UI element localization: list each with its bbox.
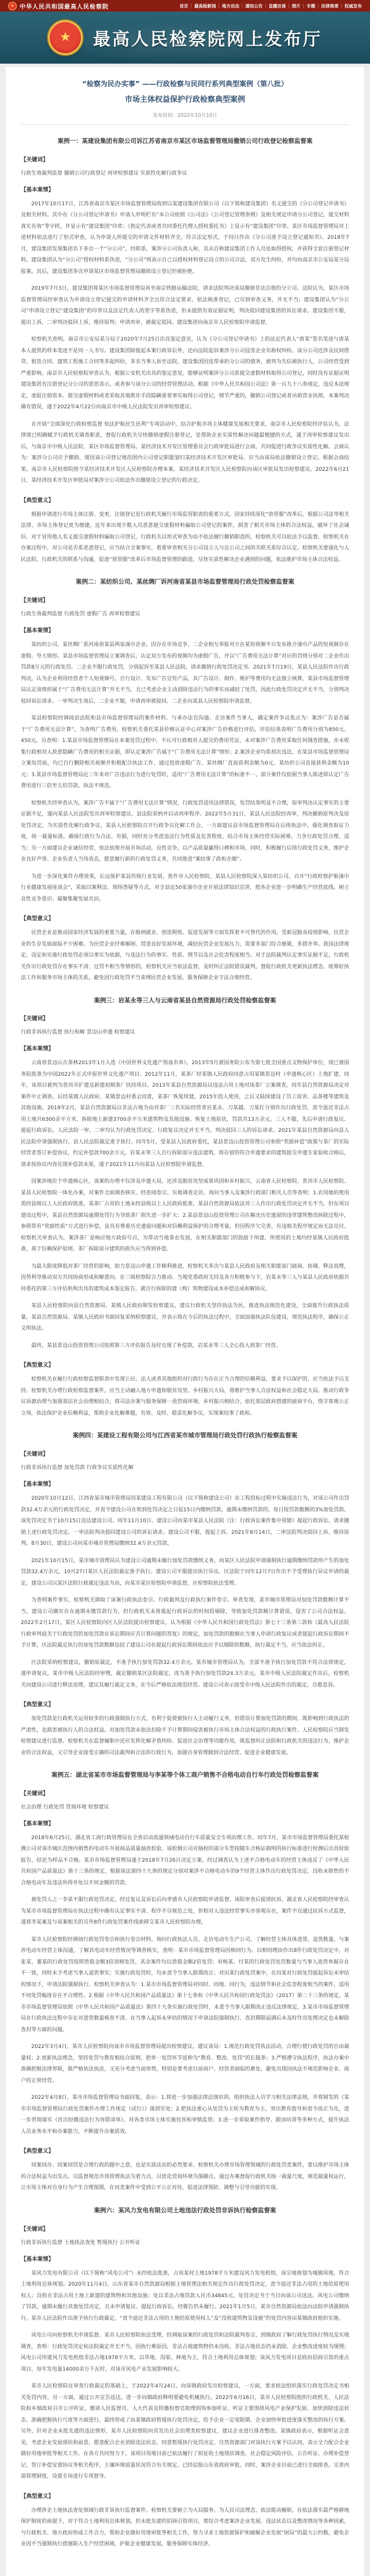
significance-body: 办理涉企土地执法查处领域行政非诉执行监督案件，检察机关要树立为大局服务、为人民司… bbox=[21, 2505, 349, 2551]
significance-body: 检察机关在履行行政检察监督职责中发现公民、法人或者其他组织对行政行为存在正当合理… bbox=[21, 1374, 349, 1419]
case-paragraph: 2018年6月25日，湖北省工商行政管理局在全省启动流通领域电动自行车质量安全专… bbox=[21, 1833, 349, 1889]
significance-header: 【典型意义】 bbox=[21, 914, 349, 922]
facts-body: 2017年10月17日，江苏省南京市某区市场监督管理局收到以某建设集团有限公司（… bbox=[21, 199, 349, 487]
facts-header: 【基本案情】 bbox=[21, 185, 349, 193]
significance-header: 【典型意义】 bbox=[21, 496, 349, 504]
nav-separator: | bbox=[288, 3, 290, 8]
keywords-line: 行政非诉执行监督 执行和解 景迈山申遗 检察建议 bbox=[21, 1028, 349, 1035]
topbar-site-link[interactable]: ★ 中华人民共和国最高人民检察院 bbox=[8, 2, 109, 10]
case-paragraph: 2022年3月4日，某市人民检察院向该市市场监督管理局提出检察建议，建议该局：1… bbox=[21, 2042, 349, 2087]
case-section: 案例二：某纺织公司、某丝绸厂诉河南省某县市场监督管理局行政处罚检察监督案 【关键… bbox=[21, 577, 349, 984]
case-paragraph: 云南省景迈山古茶林2013年1月入选《中国世界文化遗产预备名单》，2013年5月… bbox=[21, 1058, 349, 1171]
case-section: 案例三：岩某永等三人与云南省某县自然资源局行政处罚检察监督案 【关键词】 行政非… bbox=[21, 996, 349, 1420]
facts-body: 2018年6月25日，湖北省工商行政管理局在全省启动流通领域电动自行车质量安全专… bbox=[21, 1833, 349, 2138]
case-paragraph: 在开展“全面深化行政检察监督 依法护航民生民利”专项活动中，结合护航市场主体健康… bbox=[21, 419, 349, 487]
case-paragraph: 某风力发电有限公司（以下简称“风电公司”）未经依法批准，占用某村土地1978平方… bbox=[21, 2268, 349, 2325]
case-paragraph: 为查明案件事实，检察机关调取了该案行政执法卷宗、行政裁判及行政执行案件卷宗。审查… bbox=[21, 1595, 349, 1652]
case-paragraph: 最终，某县景迈山投资管理公司按照第三方评估报告及时兑现了补偿款，岩某永等三人全心… bbox=[21, 1341, 349, 1352]
nav-separator: | bbox=[242, 3, 243, 8]
article: “检察为民办实事” ——行政检察与民同行系列典型案例（第八批） 市场主体权益保护… bbox=[6, 67, 364, 2576]
nav-item-1[interactable]: 首页 bbox=[180, 3, 188, 9]
publish-date: 2022年10月10日 bbox=[177, 113, 217, 119]
case-paragraph: 2017年10月17日，江苏省南京市某区市场监督管理局收到以某建设集团有限公司（… bbox=[21, 199, 349, 278]
case-paragraph: 2022年4月8日，某市市场监督管理局书面回复，表示：1.将进一步加强法律法规培… bbox=[21, 2092, 349, 2138]
case-paragraph: 检察机关经审查认为，案涉广告不属于“广告费用无法计算”情况，行政处罚适用法律错误… bbox=[21, 798, 349, 866]
case-paragraph: 同案同办、同案同罚是合理行政的题中之意，也是实质法治的必然要求。检察机关办理市场… bbox=[21, 2160, 349, 2194]
keywords-line: 社会治理 行政处罚 营商环境 检察建议 bbox=[21, 1803, 349, 1810]
significance-header: 【典型意义】 bbox=[21, 2146, 349, 2154]
nav-separator: | bbox=[191, 3, 192, 8]
case-paragraph: 检察机关查明，南京市公安局某分局于2020年7月25日出具鉴定意见，认为《分公司… bbox=[21, 334, 349, 414]
case-title: 案例一：某建设集团有限公司诉江苏省南京市某区市场监督管理局撤销公司行政登记检察监… bbox=[24, 136, 346, 146]
divider bbox=[21, 124, 349, 125]
case-title: 案例六：某风力发电有限公司土地违法行政处罚非诉执行检察监督案 bbox=[24, 2206, 346, 2216]
case-paragraph: 根据申请进行市场主体注册、变更、注销登记是行政机关履行市场监管职责的重要方式。国… bbox=[21, 510, 349, 566]
site-logo-emblem-icon: ★ bbox=[8, 2, 17, 10]
site-name[interactable]: 中华人民共和国最高人民检察院 bbox=[20, 2, 109, 10]
facts-header: 【基本案情】 bbox=[21, 2254, 349, 2263]
keywords-header: 【关键词】 bbox=[21, 596, 349, 604]
case-section: 案例五：湖北省某市市场监督管理局与李某等个体工商户销售不合格电动自行车行政处罚检… bbox=[21, 1770, 349, 2194]
nav-separator: | bbox=[265, 3, 266, 8]
significance-header: 【典型意义】 bbox=[21, 1700, 349, 1708]
article-title-line1: “检察为民办实事” ——行政检察与民同行系列典型案例（第八批） bbox=[27, 79, 343, 89]
case-paragraph: 为最大限度降低对茶厂经营的影响，助力景迈山申遗工作顺利推进，检察机关多次与某县人… bbox=[21, 1261, 349, 1296]
case-paragraph: 某市人民检察院在审查行政裁定的基础上，于2022年4月24日，向该镇政府发出检察… bbox=[21, 2381, 349, 2483]
article-title-line2: 市场主体权益保护行政检察典型案例 bbox=[21, 93, 349, 104]
facts-body: 2020年10月12日，江西省某市城市管理局因某建设工程有限公司（以下简称建设公… bbox=[21, 1493, 349, 1691]
case-section: 案例六：某风力发电有限公司土地违法行政处罚非诉执行检察监督案 【关键词】 行政非… bbox=[21, 2206, 349, 2551]
case-paragraph: 区法院采纳检察建议，撤销原裁定，不准予执行加处罚款32.4万余元。某市城市管理局… bbox=[21, 1658, 349, 1692]
facts-body: 某风力发电有限公司（以下简称“风电公司”）未经依法批准，占用某村土地1978平方… bbox=[21, 2268, 349, 2483]
keywords-header: 【关键词】 bbox=[21, 2224, 349, 2232]
facts-header: 【基本案情】 bbox=[21, 1044, 349, 1052]
keywords-header: 【关键词】 bbox=[21, 1789, 349, 1797]
publish-label: 发布时间： bbox=[153, 113, 177, 119]
case-paragraph: 某市人民检察院经调阅行政处罚卷宗和执行卷宗材料，询问行政执法人员，走访电动车生产… bbox=[21, 1935, 349, 2036]
case-paragraph: 为进一步深化案件办理效果，长远保护某县传统行业发展，焦作市人民检察院、某县人民检… bbox=[21, 872, 349, 906]
case-title: 案例四：某建设工程有限公司与江西省某市城市管理局行政处罚行政执行检察监督案 bbox=[24, 1431, 346, 1441]
facts-header: 【基本案情】 bbox=[21, 1479, 349, 1488]
nav-item-3[interactable]: 地方动态 bbox=[222, 3, 239, 9]
significance-body: 根据申请进行市场主体注册、变更、注销登记是行政机关履行市场监管职责的重要方式。国… bbox=[21, 510, 349, 566]
case-title: 案例三：岩某永等三人与云南省某县自然资源局行政处罚检察监督案 bbox=[24, 996, 346, 1006]
keywords-line: 行政非诉执行监督 加处罚款 行政争议实质性化解 bbox=[21, 1463, 349, 1471]
nav-item-4[interactable]: 通知公告 bbox=[245, 3, 262, 9]
nav-item-7[interactable]: 专题 bbox=[306, 3, 315, 9]
case-section: 案例四：某建设工程有限公司与江西省某市城市管理局行政处罚行政执行检察监督案 【关… bbox=[21, 1431, 349, 1759]
case-paragraph: 某纺织公司、某丝绸厂系河南省某县两家澡巾企业。因存在市场竞争，二企业相互举报对方… bbox=[21, 640, 349, 707]
significance-body: 民营企业是推动国家经济发展的重要力量，在吸纳就业、创造税收、促进发展等方面发挥着… bbox=[21, 928, 349, 984]
case-paragraph: 加处罚款是行政机关运用较多的行政强制执行方式，有利于促使被执行人主动履行义务，但… bbox=[21, 1714, 349, 1759]
case-paragraph: 2021年10月15日，某市城市管理局认为建设公司逾期未履行加处罚款缴纳义务，向… bbox=[21, 1556, 349, 1590]
case-section: 案例一：某建设集团有限公司诉江苏省南京市某区市场监督管理局撤销公司行政登记检察监… bbox=[21, 136, 349, 566]
significance-body: 同案同办、同案同罚是合理行政的题中之意，也是实质法治的必然要求。检察机关办理市场… bbox=[21, 2160, 349, 2194]
national-emblem-icon: ★ bbox=[48, 20, 83, 55]
keywords-line: 行政生效裁判监督 撤销公司行政登记 再审检察建议 实质性化解行政争议 bbox=[21, 169, 349, 176]
case-paragraph: 某县人民检察院向县自然资源局、某镇人民政府制发检察建议，建议行政机关坚持执法为民… bbox=[21, 1301, 349, 1335]
case-title: 案例二：某纺织公司、某丝绸厂诉河南省某县市场监督管理局行政处罚检察监督案 bbox=[24, 577, 346, 587]
keywords-line: 行政非诉执行监督 土地执法查处 暂缓执行 公开听证 bbox=[21, 2238, 349, 2246]
topbar: ★ 中华人民共和国最高人民检察院 首页|最高检新闻|地方动态|通知公告|直播访谈… bbox=[0, 0, 370, 12]
nav-separator: | bbox=[341, 3, 342, 8]
keywords-header: 【关键词】 bbox=[21, 155, 349, 163]
keywords-header: 【关键词】 bbox=[21, 1014, 349, 1022]
case-paragraph: 被处罚人之一李某不服行政处罚决定，经过复议及诉讼后向孝感市人民检察院申请监督，该… bbox=[21, 1895, 349, 1929]
publish-time: 发布时间：2022年10月10日 bbox=[21, 112, 349, 119]
facts-header: 【基本案情】 bbox=[21, 1819, 349, 1827]
nav-separator: | bbox=[317, 3, 319, 8]
topbar-nav: 首页|最高检新闻|地方动态|通知公告|直播访谈|图片|专题|法律规章|权威发布 bbox=[180, 3, 362, 9]
nav-item-8[interactable]: 法律规章 bbox=[321, 3, 339, 9]
nav-item-6[interactable]: 图片 bbox=[292, 3, 301, 9]
banner-title: 最高人民检察院网上发布厅 bbox=[93, 25, 322, 50]
keywords-line: 行政生效裁判监督 行政处罚 虚假广告 再审检察建议 bbox=[21, 610, 349, 617]
case-title: 案例五：湖北省某市市场监督管理局与李某等个体工商户销售不合格电动自行车行政处罚检… bbox=[24, 1770, 346, 1780]
banner: ★ 最高人民检察院网上发布厅 bbox=[0, 12, 370, 64]
facts-body: 云南省景迈山古茶林2013年1月入选《中国世界文化遗产预备名单》，2013年5月… bbox=[21, 1058, 349, 1352]
case-paragraph: 检察机关在履行行政检察监督职责中发现公民、法人或者其他组织对行政行为存在正当合理… bbox=[21, 1374, 349, 1419]
significance-body: 加处罚款是行政机关运用较多的行政强制执行方式，有利于促使被执行人主动履行义务，但… bbox=[21, 1714, 349, 1759]
cases: 案例一：某建设集团有限公司诉江苏省南京市某区市场监督管理局撤销公司行政登记检察监… bbox=[21, 136, 349, 2551]
keywords-header: 【关键词】 bbox=[21, 1449, 349, 1457]
nav-item-5[interactable]: 直播访谈 bbox=[269, 3, 286, 9]
case-paragraph: 因案涉地位于申遗核心区，该案的办理不仅涉及申遗大局，还涉及脱贫攻坚成果巩固和乡村… bbox=[21, 1176, 349, 1256]
nav-separator: | bbox=[218, 3, 219, 8]
case-paragraph: 2020年10月12日，江西省某市城市管理局因某建设工程有限公司（以下简称建设公… bbox=[21, 1493, 349, 1550]
case-paragraph: 某县检察院经调阅县法院和县市场监督管理局的案件材料、与承办法官沟通、走访案件当事… bbox=[21, 713, 349, 792]
case-paragraph: 风电公司向检察机关申请监督。某市人民检察院依法受理，经调取该案的行政处罚和法院裁… bbox=[21, 2330, 349, 2375]
facts-body: 某纺织公司、某丝绸厂系河南省某县两家澡巾企业。因存在市场竞争，二企业相互举报对方… bbox=[21, 640, 349, 905]
case-paragraph: 办理涉企土地执法查处领域行政非诉执行监督案件，检察机关要树立为大局服务、为人民司… bbox=[21, 2505, 349, 2551]
nav-item-2[interactable]: 最高检新闻 bbox=[194, 3, 216, 9]
nav-separator: | bbox=[303, 3, 304, 8]
case-paragraph: 民营企业是推动国家经济发展的重要力量，在吸纳就业、创造税收、促进发展等方面发挥着… bbox=[21, 928, 349, 984]
significance-header: 【典型意义】 bbox=[21, 1360, 349, 1368]
facts-header: 【基本案情】 bbox=[21, 626, 349, 634]
case-paragraph: 2019年7月3日，建设集团将某区市场监督管理局诉至南京铁路运输法院，请求法院判… bbox=[21, 283, 349, 329]
significance-header: 【典型意义】 bbox=[21, 2492, 349, 2500]
nav-item-9[interactable]: 权威发布 bbox=[345, 3, 362, 9]
